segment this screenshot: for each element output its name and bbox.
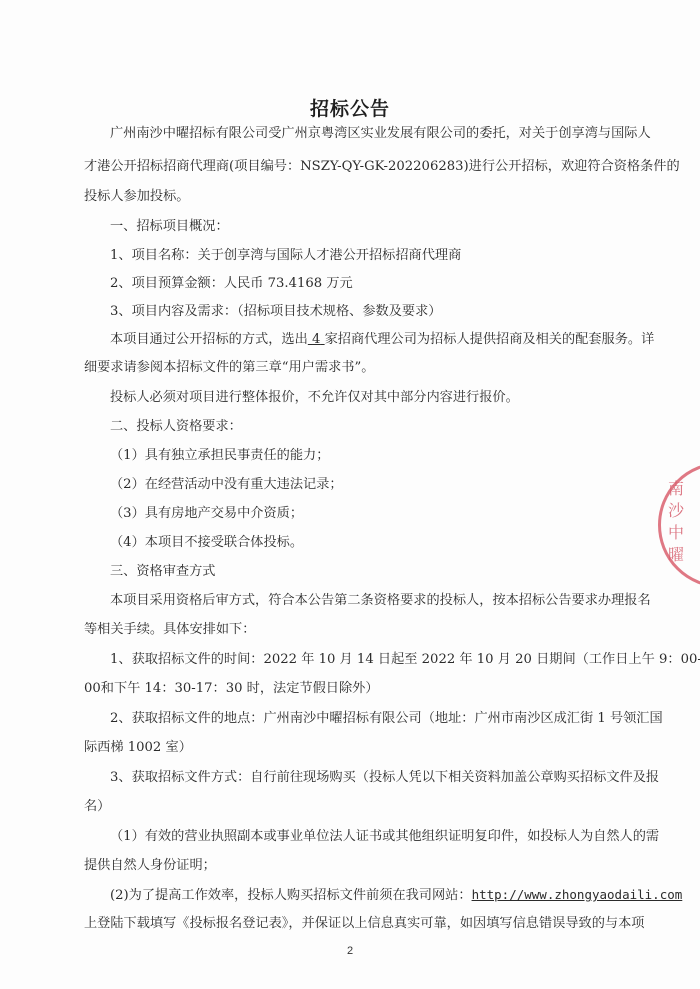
section1-paragraph-line-2: 细要求请参阅本招标文件的第三章“用户需求书”。 xyxy=(84,359,644,377)
method-line-2: 名） xyxy=(84,798,644,816)
paragraph-prefix: 本项目通过公开招标的方式，选出 xyxy=(110,332,308,347)
section3-heading: 三、资格审查方式 xyxy=(110,563,670,581)
intro-line-2: 才港公开招标招商代理商(项目编号：NSZY-QY-GK-202206283)进行… xyxy=(84,158,644,176)
section2-heading: 二、投标人资格要求： xyxy=(110,418,670,436)
page-number: 2 xyxy=(0,945,700,957)
section3-paragraph-line-2: 等相关手续。具体安排如下： xyxy=(84,621,644,639)
agency-count: 4 xyxy=(308,332,325,347)
document-req-1-line-1: （1）有效的营业执照副本或事业单位法人证书或其他组织证明复印件，如投标人为自然人… xyxy=(110,828,670,846)
document-req-1-line-2: 提供自然人身份证明； xyxy=(84,857,644,875)
document-page: 招标公告 广州南沙中曜招标有限公司受广州京粤湾区实业发展有限公司的委托，对关于创… xyxy=(0,0,700,989)
section1-heading: 一、招标项目概况： xyxy=(110,218,670,236)
section1-item-1: 1、项目名称：关于创享湾与国际人才港公开招标招商代理商 xyxy=(110,247,670,265)
document-req-2-line-2: 上登陆下载填写《投标报名登记表》，并保证以上信息真实可靠，如因填写信息错误导致的… xyxy=(84,915,644,933)
requirement-2: （2）在经营活动中没有重大违法记录； xyxy=(110,476,670,494)
place-line-2: 际西梯 1002 室） xyxy=(84,739,644,757)
requirement-1: （1）具有独立承担民事责任的能力； xyxy=(110,447,670,465)
section1-item-2: 2、项目预算金额：人民币 73.4168 万元 xyxy=(110,275,670,293)
page-title: 招标公告 xyxy=(0,94,700,121)
company-seal-text: 南沙中曜 xyxy=(668,478,692,566)
intro-line-1: 广州南沙中曜招标有限公司受广州京粤湾区实业发展有限公司的委托，对关于创享湾与国际… xyxy=(110,125,670,143)
intro-line-3: 投标人参加投标。 xyxy=(84,188,644,206)
place-line-1: 2、获取招标文件的地点：广州南沙中曜招标有限公司（地址：广州市南沙区成汇街 1 … xyxy=(110,710,670,728)
time-line-1: 1、获取招标文件的时间：2022 年 10 月 14 日起至 2022 年 10… xyxy=(110,651,670,669)
section1-item-3: 3、项目内容及需求：（招标项目技术规格、参数及要求） xyxy=(110,303,670,321)
paragraph-suffix: 家招商代理公司为招标人提供招商及相关的配套服务。详 xyxy=(325,332,655,347)
website-link[interactable]: http://www.zhongyaodaili.com xyxy=(472,887,683,902)
section1-note: 投标人必须对项目进行整体报价，不允许仅对其中部分内容进行报价。 xyxy=(110,389,670,407)
time-line-2: 00和下午 14：30-17：30 时，法定节假日除外） xyxy=(84,680,644,698)
requirement-4: （4）本项目不接受联合体投标。 xyxy=(110,534,670,552)
section1-paragraph: 本项目通过公开招标的方式，选出 4 家招商代理公司为招标人提供招商及相关的配套服… xyxy=(110,331,670,349)
document-req-2-line-1: (2)为了提高工作效率，投标人购买招标文件前须在我司网站：http://www.… xyxy=(110,886,670,905)
method-line-1: 3、获取招标文件方式：自行前往现场购买（投标人凭以下相关资料加盖公章购买招标文件… xyxy=(110,769,670,787)
requirement-3: （3）具有房地产交易中介资质； xyxy=(110,505,670,523)
section3-paragraph-line-1: 本项目采用资格后审方式，符合本公告第二条资格要求的投标人，按本招标公告要求办理报… xyxy=(110,592,670,610)
document-req-2-prefix: (2)为了提高工作效率，投标人购买招标文件前须在我司网站： xyxy=(110,888,472,903)
